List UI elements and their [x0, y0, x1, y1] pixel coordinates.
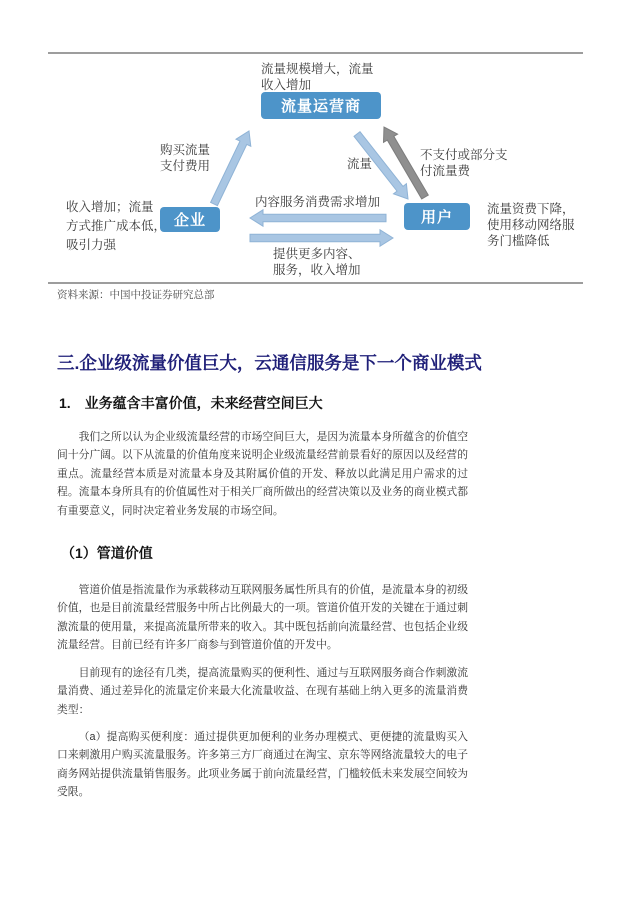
subsection-title: 1. 业务蕴含丰富价值，未来经营空间巨大: [59, 393, 323, 413]
paragraph-convenience: （a）提高购买便利度：通过提供更加便利的业务办理模式、更便捷的流量购买入口来刺激…: [57, 728, 468, 802]
paragraph-intro: 我们之所以认为企业级流量经营的市场空间巨大，是因为流量本身所蕴含的价值空间十分广…: [57, 428, 468, 520]
subsubsection-title: （1）管道价值: [61, 543, 153, 563]
node-traffic-operator: 流量运营商: [261, 92, 381, 119]
no-pay-arrow-label: 不支付或部分支 付流量费: [420, 147, 508, 179]
paragraph-approaches: 目前现有的途径有几类，提高流量购买的便利性、通过与互联网服务商合作刺激流量消费、…: [57, 664, 468, 719]
provide-content-arrow: [250, 230, 393, 246]
node-enterprise: 企业: [160, 207, 220, 232]
section-title: 三.企业级流量价值巨大，云通信服务是下一个商业模式: [57, 350, 482, 375]
node-user: 用户: [404, 203, 470, 230]
provide-content-arrow-label: 提供更多内容、 服务，收入增加: [273, 246, 361, 278]
paragraph-pipe-value: 管道价值是指流量作为承载移动互联网服务属性所具有的价值，是流量本身的初级价值，也…: [57, 581, 468, 655]
user-benefit-note: 流量资费下降， 使用移动网络服 务门槛降低: [487, 201, 575, 249]
buy-traffic-arrow: [211, 131, 251, 206]
buy-traffic-arrow-label: 购买流量 支付费用: [160, 142, 210, 174]
figure-source: 资料来源：中国中投证券研究总部: [57, 287, 215, 302]
content-demand-arrow-label: 内容服务消费需求增加: [255, 194, 380, 210]
figure-bottom-rule: [48, 282, 583, 284]
enterprise-benefit-note: 收入增加；流量 方式推广成本低， 吸引力强: [66, 198, 166, 255]
report-page: 流量规模增大，流量 收入增加 流量运营商 企业 用户 购买流量 支付费用 流量 …: [0, 0, 640, 904]
content-demand-arrow: [250, 210, 386, 226]
traffic-arrow-label: 流量: [347, 156, 372, 172]
operator-benefit-note: 流量规模增大，流量 收入增加: [261, 61, 374, 93]
